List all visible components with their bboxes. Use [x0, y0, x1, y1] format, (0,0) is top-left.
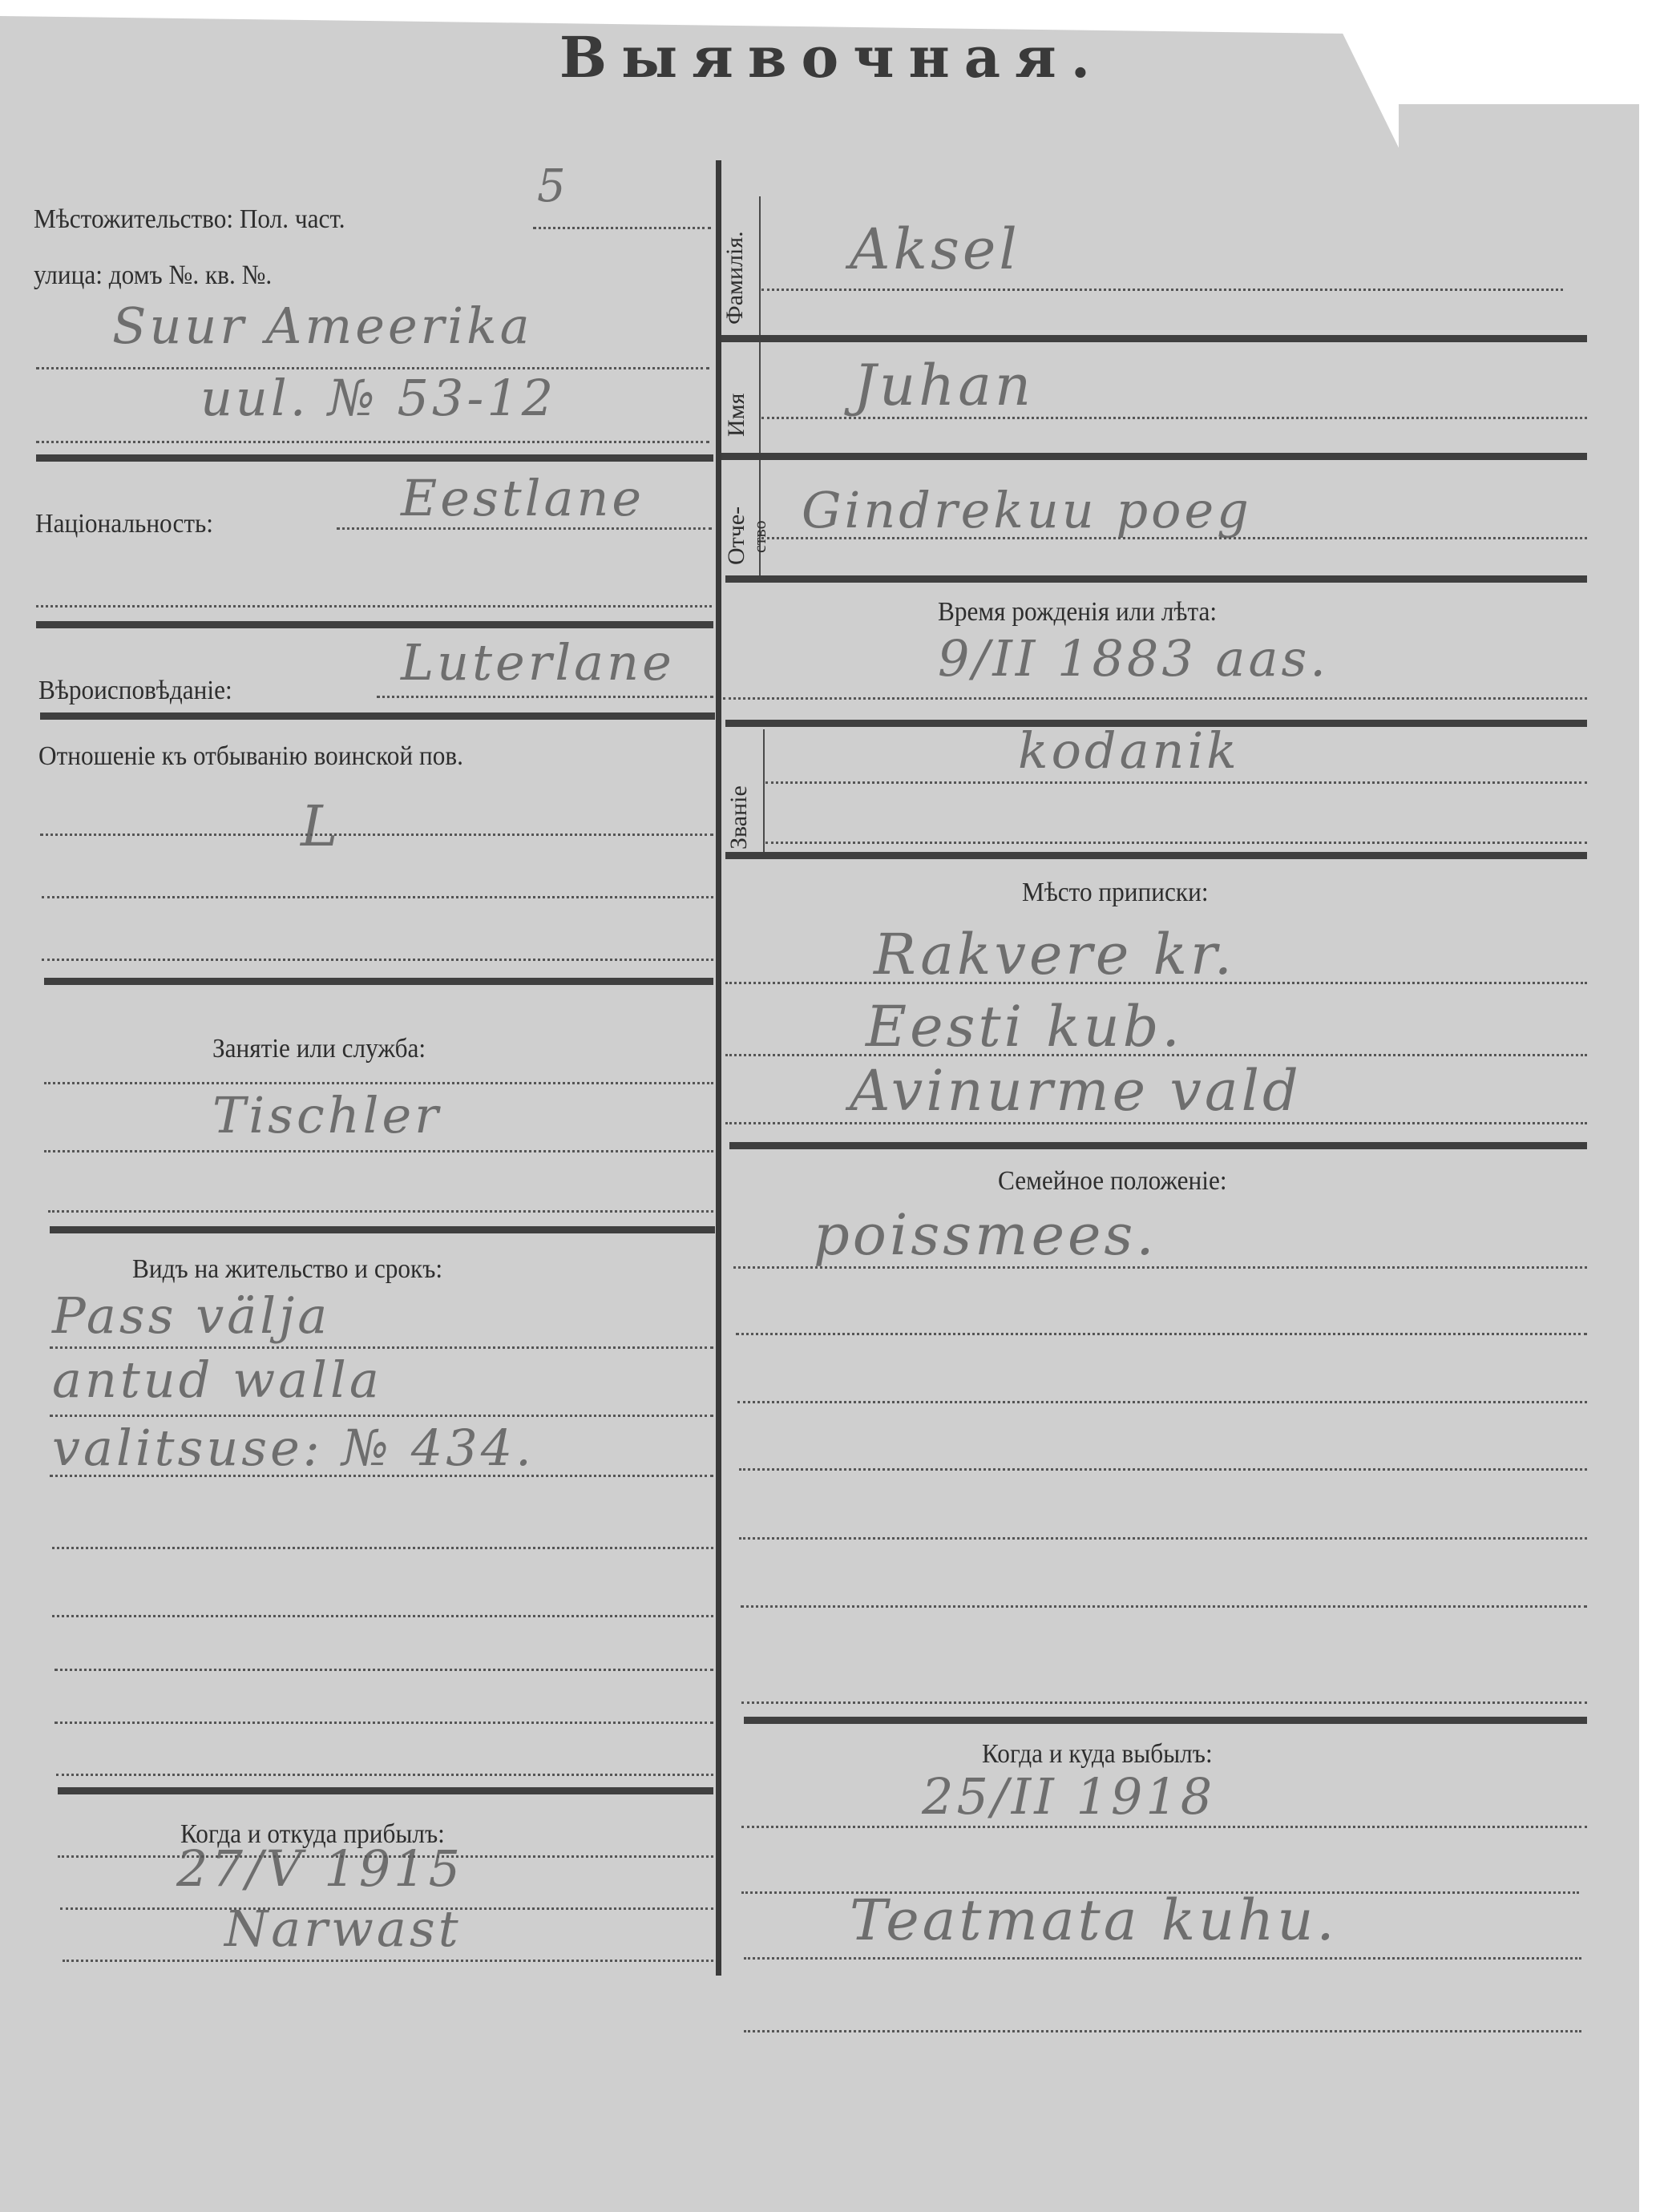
dotted-line: [50, 1346, 713, 1349]
section-divider: [721, 335, 1587, 342]
dotted-line: [761, 289, 1563, 291]
departure-date[interactable]: 25/II 1918: [922, 1767, 1215, 1826]
dotted-line: [744, 2030, 1581, 2032]
dotted-line: [52, 1615, 713, 1617]
family-status-label: Семейное положеніе:: [998, 1166, 1227, 1197]
dotted-line: [725, 1122, 1587, 1124]
street-house-label: улица: домъ №. кв. №.: [34, 260, 272, 291]
dotted-line: [55, 1722, 713, 1724]
registration-place-line3[interactable]: Avinurme vald: [850, 1058, 1302, 1124]
dotted-line: [44, 1082, 713, 1084]
nationality-value[interactable]: Eestlane: [401, 469, 644, 527]
dotted-line: [725, 982, 1587, 984]
section-divider: [44, 978, 713, 985]
dotted-line: [741, 1826, 1587, 1828]
residence-permit-line1[interactable]: Pass välja: [52, 1286, 330, 1345]
dotted-line: [741, 1701, 1587, 1704]
dotted-line: [737, 1401, 1587, 1403]
dotted-line: [765, 781, 1587, 784]
police-part-value[interactable]: 5: [537, 160, 569, 212]
dotted-line: [55, 1669, 713, 1671]
first-name-value[interactable]: Juhan: [854, 353, 1034, 418]
dotted-line: [761, 537, 1587, 539]
dotted-line: [42, 896, 713, 898]
dotted-line: [36, 605, 712, 607]
dotted-line: [765, 842, 1587, 844]
dotted-line: [44, 1150, 713, 1152]
departure-place[interactable]: Teatmata kuhu.: [850, 1887, 1338, 1953]
dotted-line: [50, 1415, 713, 1417]
birth-value[interactable]: 9/II 1883 aas.: [938, 629, 1329, 688]
dotted-line: [56, 1774, 713, 1776]
departure-label: Когда и куда выбылъ:: [982, 1739, 1213, 1770]
dotted-line: [337, 527, 712, 530]
section-divider: [50, 1226, 715, 1233]
section-divider: [744, 1717, 1587, 1724]
family-status-value[interactable]: poissmees.: [814, 1202, 1157, 1268]
dotted-line: [736, 1333, 1587, 1335]
dotted-line: [744, 1957, 1581, 1960]
occupation-value[interactable]: Tischler: [212, 1086, 442, 1144]
dotted-line: [741, 1605, 1587, 1608]
dotted-line: [52, 1547, 713, 1549]
residence-permit-line3[interactable]: valitsuse: № 434.: [52, 1419, 535, 1477]
dotted-line: [739, 1537, 1587, 1540]
registration-place-line1[interactable]: Rakvere kr.: [874, 922, 1235, 987]
form-title: Выявочная.: [0, 24, 1664, 91]
first-name-label: Имя: [723, 394, 750, 437]
dotted-line: [60, 1907, 713, 1910]
military-value[interactable]: L: [301, 793, 341, 859]
rank-label: Званіе: [725, 785, 753, 850]
dotted-line: [40, 834, 713, 836]
section-divider: [36, 454, 713, 462]
dotted-line: [723, 697, 1587, 700]
section-divider: [721, 453, 1587, 460]
label-cell-divider: [759, 196, 761, 461]
occupation-label: Занятіе или служба:: [212, 1034, 426, 1064]
residence-label: Мѣстожительство: Пол. част.: [34, 204, 345, 235]
registration-place-label: Мѣсто приписки:: [1022, 878, 1209, 908]
section-divider: [725, 852, 1587, 859]
birth-label: Время рожденія или лѣта:: [938, 597, 1217, 628]
registration-place-line2[interactable]: Eesti kub.: [866, 994, 1183, 1060]
dotted-line: [63, 1960, 713, 1962]
section-divider: [40, 712, 715, 720]
residence-permit-line2[interactable]: antud walla: [52, 1350, 382, 1409]
dotted-line: [733, 1266, 1587, 1269]
dotted-line: [50, 1475, 713, 1477]
street-value-line2[interactable]: uul. № 53-12: [200, 369, 556, 427]
military-label: Отношеніе къ отбыванію воинской пов.: [38, 741, 463, 772]
patronymic-value[interactable]: Gindrekuu poeg: [802, 481, 1252, 539]
patronymic-label-line1: Отче-: [723, 507, 750, 565]
section-divider: [725, 575, 1587, 583]
label-cell-divider: [763, 729, 765, 854]
dotted-line: [48, 1210, 713, 1213]
residence-permit-label: Видъ на жительство и срокъ:: [132, 1254, 442, 1285]
dotted-line: [36, 441, 709, 443]
dotted-line: [42, 959, 713, 961]
dotted-line: [58, 1855, 713, 1858]
nationality-label: Національность:: [35, 509, 213, 539]
dotted-line: [761, 417, 1587, 419]
section-divider: [729, 1142, 1587, 1149]
dotted-line: [377, 696, 713, 698]
section-divider: [36, 621, 713, 628]
surname-label: Фамилія.: [721, 231, 749, 325]
label-cell-divider: [759, 461, 761, 577]
dotted-line: [533, 227, 711, 229]
arrival-date[interactable]: 27/V 1915: [176, 1839, 463, 1898]
surname-value[interactable]: Aksel: [850, 216, 1020, 282]
section-divider: [58, 1787, 713, 1794]
rank-value[interactable]: kodanik: [1018, 721, 1240, 780]
street-value-line1[interactable]: Suur Ameerika: [112, 297, 533, 355]
dotted-line: [741, 1891, 1579, 1894]
dotted-line: [739, 1468, 1587, 1471]
column-divider: [716, 160, 721, 1976]
dotted-line: [725, 1054, 1587, 1056]
religion-label: Вѣроисповѣданіе:: [38, 676, 232, 706]
registration-card: Выявочная. Мѣстожительство: Пол. част. 5…: [0, 0, 1664, 2212]
religion-value[interactable]: Luterlane: [401, 633, 675, 692]
